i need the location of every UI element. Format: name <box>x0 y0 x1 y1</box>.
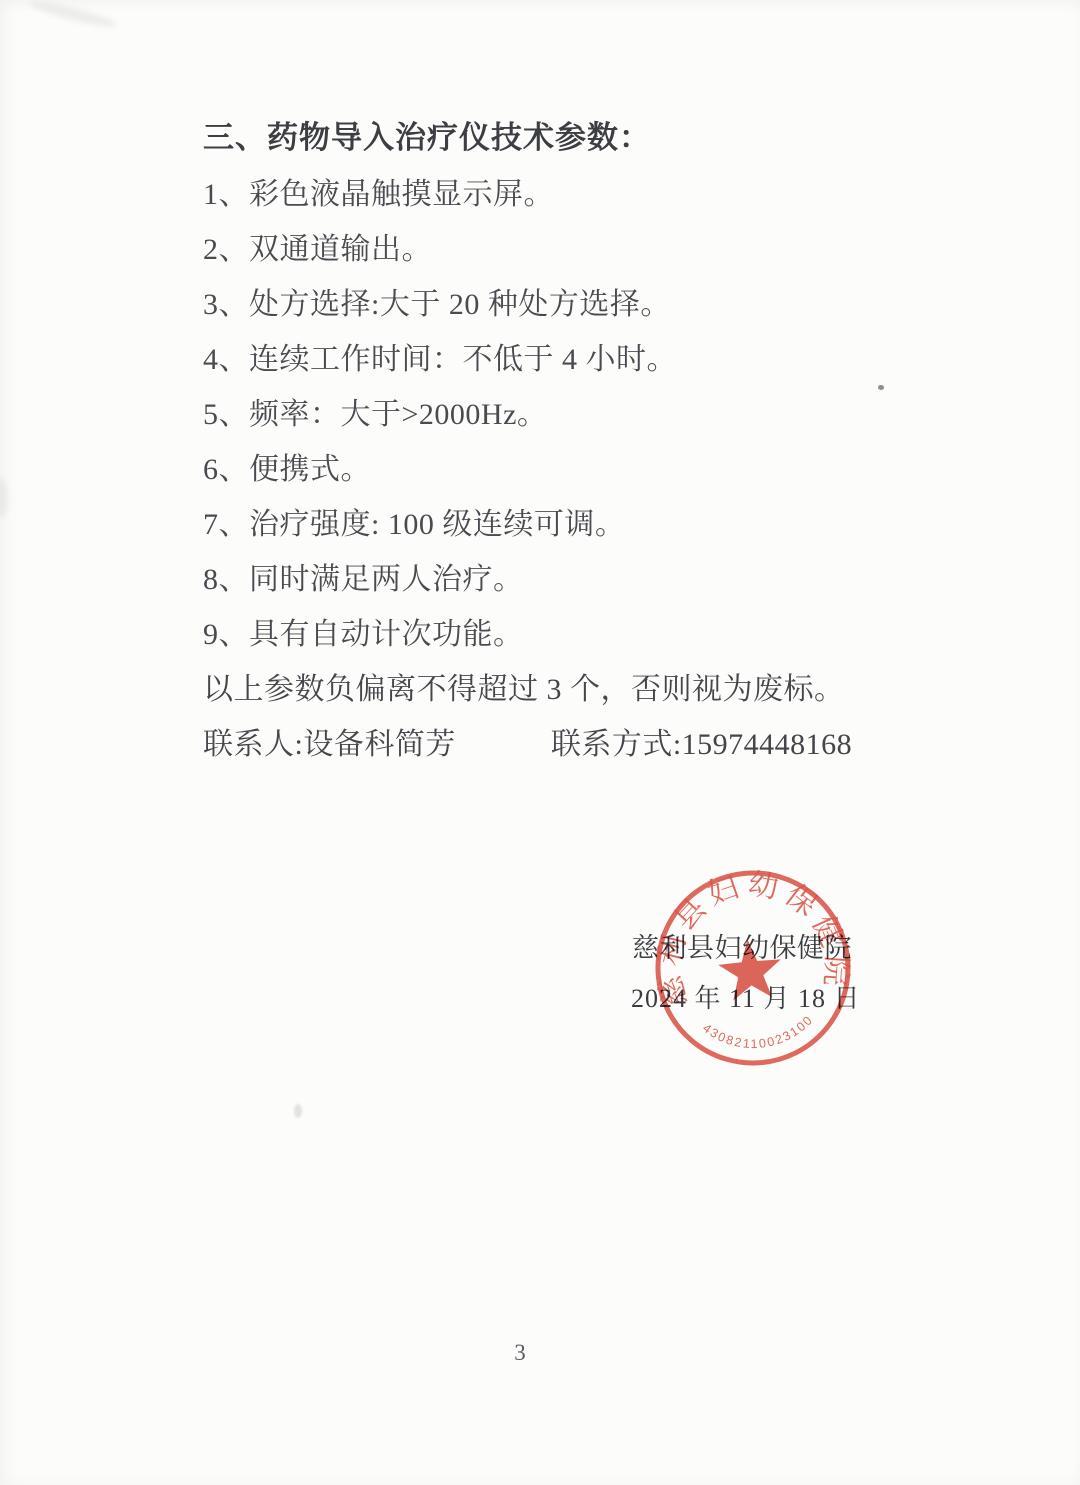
document-page: 三、药物导入治疗仪技术参数： 1、彩色液晶触摸显示屏。 2、双通道输出。 3、处… <box>0 0 1080 1485</box>
seal-arc-text: 慈利县妇幼保健院 <box>644 859 856 1010</box>
section-title: 三、药物导入治疗仪技术参数： <box>203 121 893 154</box>
spec-item-5: 5、频率：大于>2000Hz。 <box>203 398 893 431</box>
spec-item-9: 9、具有自动计次功能。 <box>203 618 893 651</box>
contact-line: 联系人:设备科简芳联系方式:15974448168 <box>203 728 893 761</box>
scan-smudge <box>0 478 8 518</box>
spec-item-1: 1、彩色液晶触摸显示屏。 <box>203 178 893 211</box>
scan-speck <box>294 1104 302 1118</box>
spec-item-2: 2、双通道输出。 <box>203 233 893 266</box>
seal-star-icon <box>716 937 784 1002</box>
contact-person: 联系人:设备科简芳 <box>203 728 456 761</box>
official-seal-stamp: 慈利县妇幼保健院 43082110023100 <box>612 827 894 1109</box>
contact-phone: 联系方式:15974448168 <box>551 728 852 761</box>
spec-item-4: 4、连续工作时间：不低于 4 小时。 <box>203 343 893 376</box>
scan-smudge <box>28 0 118 31</box>
spec-item-7: 7、治疗强度: 100 级连续可调。 <box>203 508 893 541</box>
spec-item-8: 8、同时满足两人治疗。 <box>203 563 893 596</box>
spec-item-3: 3、处方选择:大于 20 种处方选择。 <box>203 288 893 321</box>
document-body: 三、药物导入治疗仪技术参数： 1、彩色液晶触摸显示屏。 2、双通道输出。 3、处… <box>203 121 893 761</box>
deviation-note: 以上参数负偏离不得超过 3 个，否则视为废标。 <box>203 673 893 706</box>
page-number: 3 <box>505 1340 535 1366</box>
spec-item-6: 6、便携式。 <box>203 453 893 486</box>
